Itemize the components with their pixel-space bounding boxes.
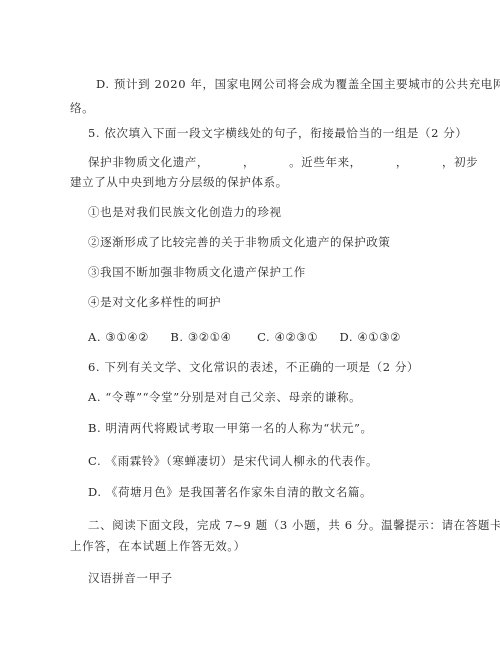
text-line: 二、阅读下面文段，完成 7~9 题（3 小题，共 6 分。温馨提示：请在答题卡 (88, 518, 500, 532)
text-line: ③我国不断加强非物质文化遗产保护工作 (88, 265, 306, 279)
text-line: 络。 (70, 101, 94, 115)
text-line: D. 预计到 2020 年，国家电网公司将会成为覆盖全国主要城市的公共充电网 (96, 77, 500, 91)
text-line: B. 明清两代将殿试考取一甲第一名的人称为“状元”。 (88, 421, 373, 435)
text-line: 保护非物质文化遗产， ， 。近些年来， ， ，初步 (88, 155, 478, 169)
text-line: 5. 依次填入下面一段文字横线处的句子，衔接最恰当的一组是（2 分） (88, 126, 468, 140)
text-line: 建立了从中央到地方分层级的保护体系。 (70, 175, 288, 189)
text-line: 6. 下列有关文学、文化常识的表述，不正确的一项是（2 分） (88, 360, 419, 374)
text-line: ①也是对我们民族文化创造力的珍视 (88, 205, 282, 219)
text-line: C. 《雨霖铃》（寒蝉凄切）是宋代词人柳永的代表作。 (88, 454, 378, 468)
text-line: ④是对文化多样性的呵护 (88, 295, 221, 309)
text-line: 上作答，在本试题上作答无效。） (70, 539, 246, 553)
text-line: ②逐渐形成了比较完善的关于非物质文化遗产的保护政策 (88, 235, 391, 249)
text-line: A. ③①④② B. ③②①④ C. ④②③① D. ④①③② (88, 330, 401, 344)
text-line: A. “令尊”“令堂”分别是对自己父亲、母亲的谦称。 (88, 390, 361, 404)
text-line: 汉语拼音一甲子 (88, 571, 173, 585)
text-line: D. 《荷塘月色》是我国著名作家朱自清的散文名篇。 (88, 485, 372, 499)
